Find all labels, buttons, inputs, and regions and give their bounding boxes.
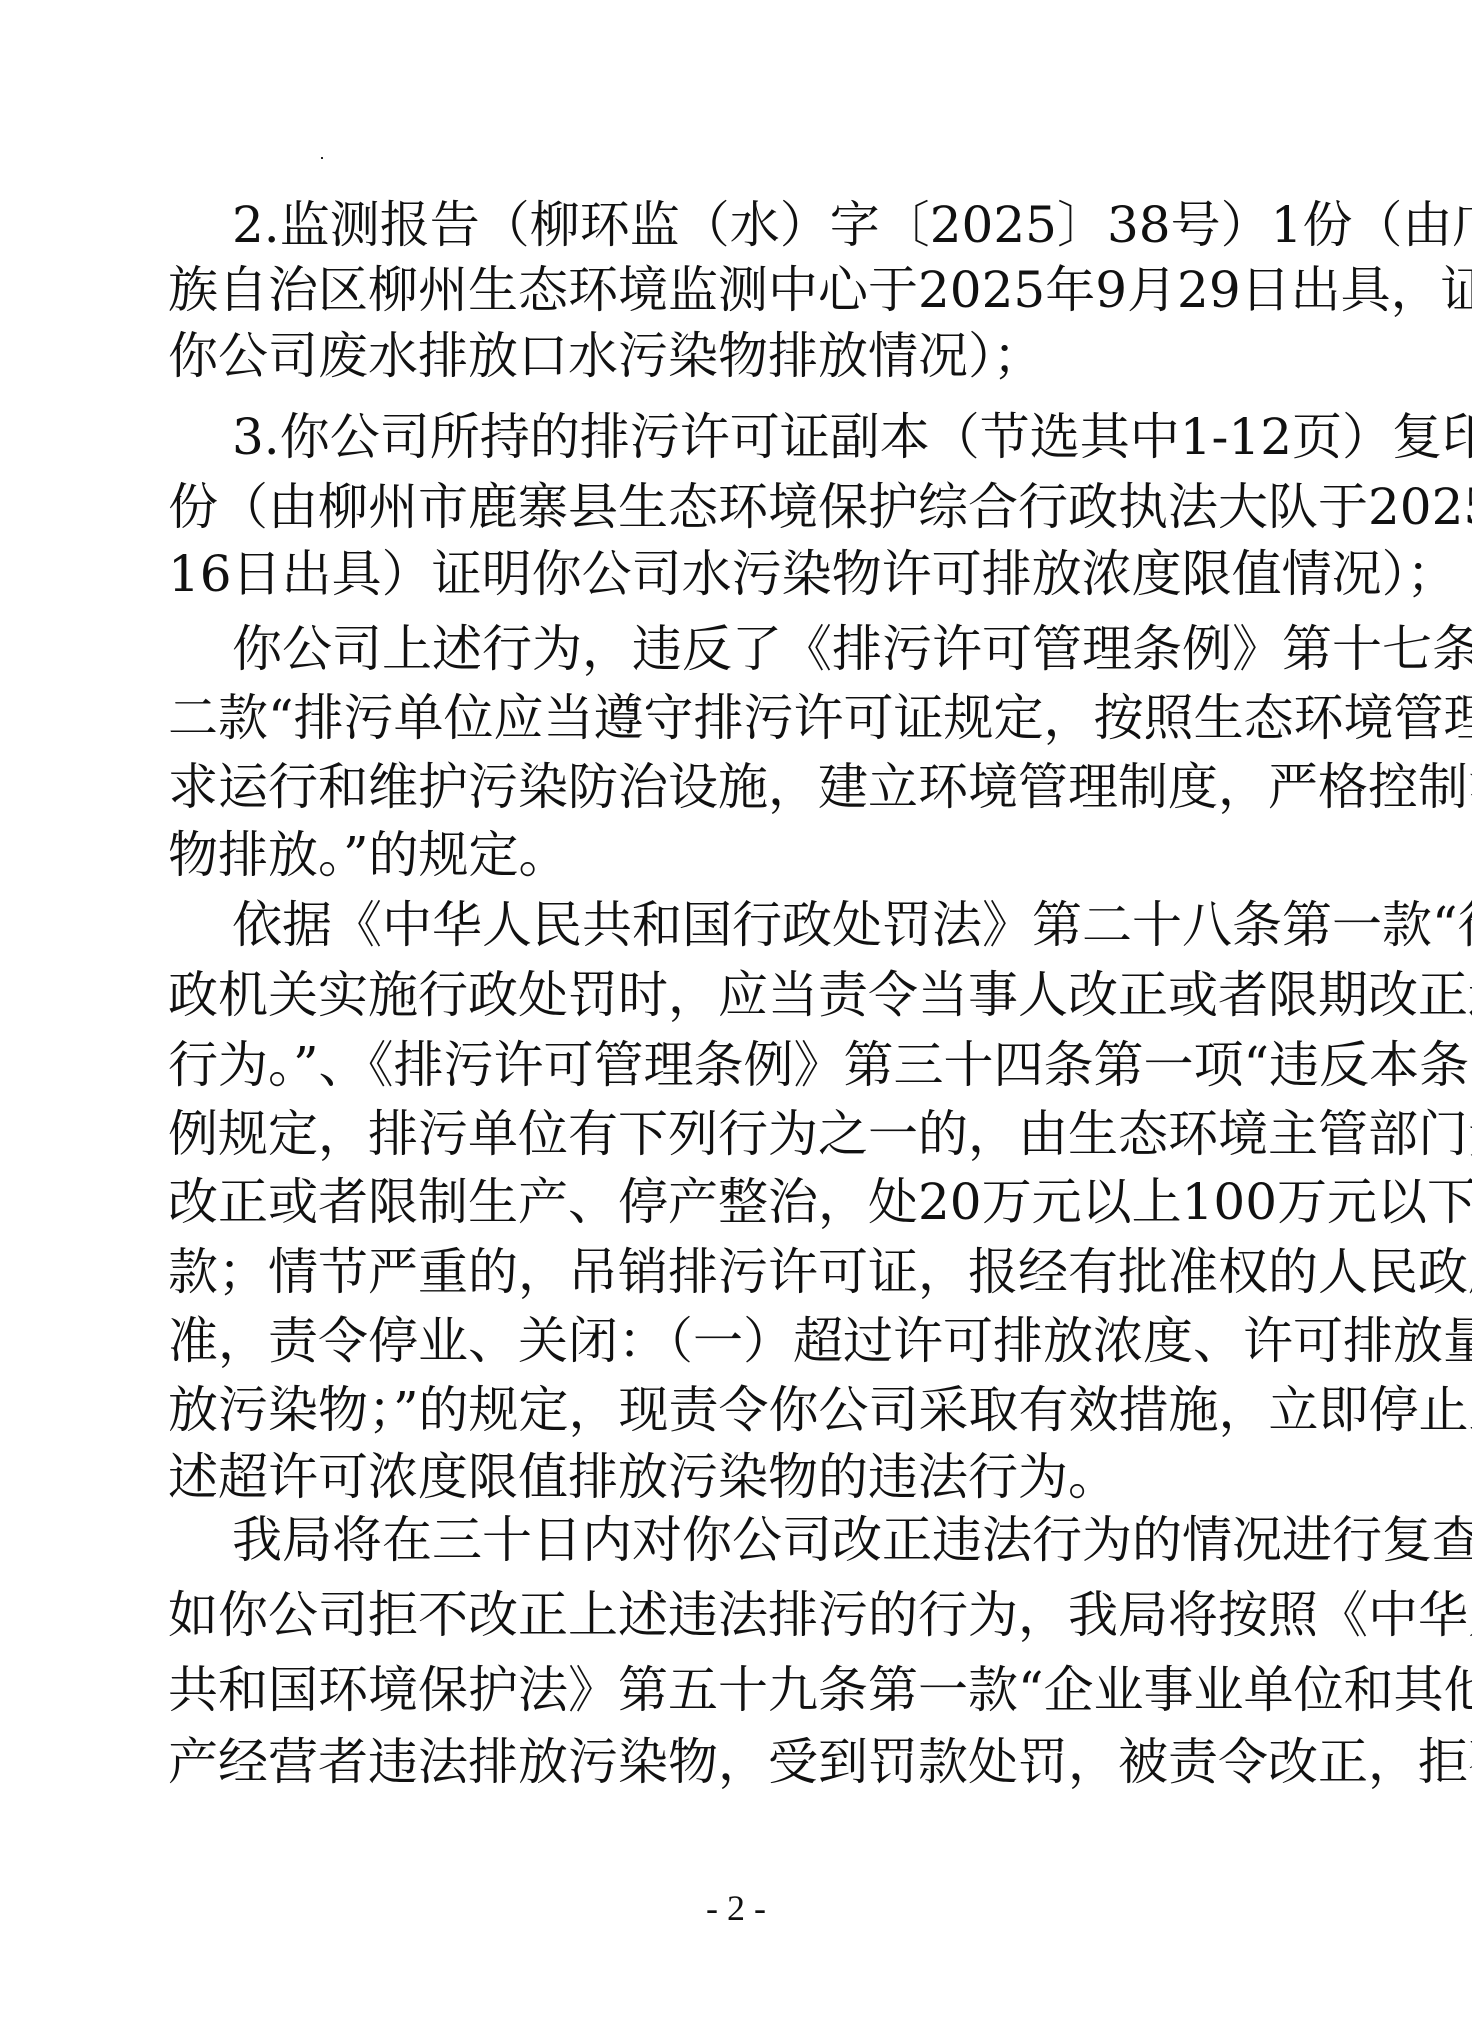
text-line: 2.监测报告（柳环监（水）字〔2025〕38号）1份（由广西壮 [232,193,1278,257]
text-line: 政机关实施行政处罚时，应当责令当事人改正或者限期改正违法 [168,963,1278,1027]
text-line: 准，责令停业、关闭：（一）超过许可排放浓度、许可排放量排 [168,1309,1278,1373]
text-line: 改正或者限制生产、停产整治，处20万元以上100万元以下的罚 [168,1170,1278,1234]
text-line: 份（由柳州市鹿寨县生态环境保护综合行政执法大队于2025年9月 [168,475,1278,539]
text-line: 依据《中华人民共和国行政处罚法》第二十八条第一款“行 [232,893,1278,957]
text-line: 求运行和维护污染防治设施，建立环境管理制度，严格控制污染 [168,755,1278,819]
text-line: 例规定，排污单位有下列行为之一的，由生态环境主管部门责令 [168,1102,1278,1166]
text-line: 3.你公司所持的排污许可证副本（节选其中1-12页）复印件1 [232,405,1278,469]
document-page: 2.监测报告（柳环监（水）字〔2025〕38号）1份（由广西壮 族自治区柳州生态… [0,0,1472,2044]
scan-speck [321,157,323,159]
text-line: 产经营者违法排放污染物，受到罚款处罚，被责令改正，拒不改 [168,1730,1278,1794]
text-line: 行为。”、《排污许可管理条例》第三十四条第一项“违反本条 [168,1033,1278,1097]
page-number: - 2 - [0,1888,1472,1928]
text-line: 述超许可浓度限值排放污染物的违法行为。 [168,1445,1278,1509]
text-line: 二款“排污单位应当遵守排污许可证规定，按照生态环境管理要 [168,686,1278,750]
text-line: 我局将在三十日内对你公司改正违法行为的情况进行复查。 [232,1508,1278,1572]
text-line: 你公司废水排放口水污染物排放情况）； [168,324,1278,388]
text-line: 你公司上述行为，违反了《排污许可管理条例》第十七条第 [232,617,1278,681]
text-line: 款；情节严重的，吊销排污许可证，报经有批准权的人民政府批 [168,1240,1278,1304]
text-line: 共和国环境保护法》第五十九条第一款“企业事业单位和其他生 [168,1658,1278,1722]
text-line: 物排放。”的规定。 [168,823,1278,887]
text-line: 放污染物；”的规定，现责令你公司采取有效措施，立即停止上 [168,1378,1278,1442]
text-line: 如你公司拒不改正上述违法排污的行为，我局将按照《中华人民 [168,1583,1278,1647]
text-line: 族自治区柳州生态环境监测中心于2025年9月29日出具，证明 [168,258,1278,322]
text-line: 16日出具）证明你公司水污染物许可排放浓度限值情况）； [168,542,1278,606]
